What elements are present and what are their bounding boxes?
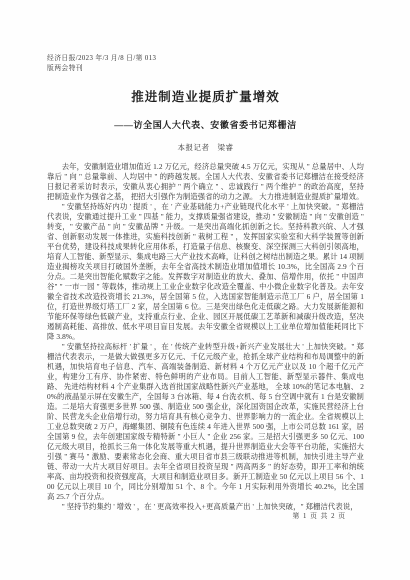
article-paragraph-2: " 安徽坚持练好内功 ' 提质 ' ，在 ' 产业基础能力+产业链现代化水平 '…	[47, 202, 364, 342]
article-byline: 本报记者 梁睿	[47, 142, 364, 153]
article-body: 去年，安徽制造业增加值近 1.2 万亿元，经济总量突破 4.5 万亿元，实现从 …	[47, 162, 364, 512]
article-paragraph-1: 去年，安徽制造业增加值近 1.2 万亿元，经济总量突破 4.5 万亿元，实现从 …	[47, 162, 364, 202]
header-source-line: 经济日报/2023 年/3 月/8 日/第 013	[47, 54, 364, 64]
document-header: 经济日报/2023 年/3 月/8 日/第 013 版两会特刊	[47, 54, 364, 73]
header-edition-line: 版两会特刊	[47, 64, 364, 74]
page-number-footer: 第 1 页 共 2 页	[293, 510, 346, 520]
article-title: 推进制造业提质扩量增效	[47, 87, 364, 105]
article-paragraph-3: " 安徽坚持拉高标杆 ' 扩量 ' ，在 ' 传统产业转型升级+新兴产业发展壮大…	[47, 342, 364, 502]
article-subtitle: ——访全国人大代表、安徽省委书记郑栅洁	[47, 118, 364, 131]
document-page: 经济日报/2023 年/3 月/8 日/第 013 版两会特刊 推进制造业提质扩…	[0, 0, 410, 580]
